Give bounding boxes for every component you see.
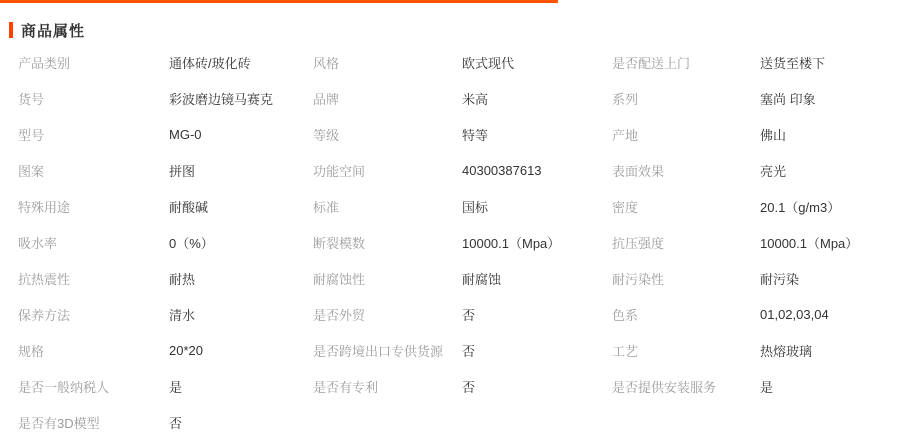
attr-label: 规格	[18, 341, 169, 360]
attr-value: 否	[169, 413, 313, 432]
attr-value: 耐酸碱	[169, 197, 313, 216]
section-header: 商品属性	[0, 0, 903, 39]
attr-value: 彩波磨边镜马赛克	[169, 89, 313, 108]
attr-label: 抗热震性	[18, 269, 169, 288]
attr-label: 是否跨境出口专供货源	[313, 341, 462, 360]
attr-value: 欧式现代	[462, 53, 612, 72]
attr-value: 是	[760, 377, 903, 396]
attr-value: 热熔玻璃	[760, 341, 903, 360]
attr-value: 清水	[169, 305, 313, 324]
attr-row: 吸水率0（%）断裂模数10000.1（Mpa）抗压强度10000.1（Mpa）	[18, 224, 903, 260]
attr-value: 10000.1（Mpa）	[462, 233, 612, 252]
attr-label: 保养方法	[18, 305, 169, 324]
attr-value: 亮光	[760, 161, 903, 180]
attributes-grid: 产品类别通体砖/玻化砖风格欧式现代是否配送上门送货至楼下货号彩波磨边镜马赛克品牌…	[0, 44, 903, 440]
attr-label: 品牌	[313, 89, 462, 108]
attr-value: 送货至楼下	[760, 53, 903, 72]
attr-label: 货号	[18, 89, 169, 108]
attr-label: 风格	[313, 53, 462, 72]
attr-label: 色系	[612, 305, 760, 324]
attr-value: 通体砖/玻化砖	[169, 53, 313, 72]
attr-label: 耐腐蚀性	[313, 269, 462, 288]
attr-label: 吸水率	[18, 233, 169, 252]
attr-label: 是否一般纳税人	[18, 377, 169, 396]
attr-label: 是否有3D模型	[18, 413, 169, 432]
attr-value: 塞尚 印象	[760, 89, 903, 108]
attr-value: 耐热	[169, 269, 313, 288]
attr-row: 图案拼图功能空间40300387613表面效果亮光	[18, 152, 903, 188]
top-accent-rule	[0, 0, 558, 3]
attr-value: 01,02,03,04	[760, 307, 903, 322]
attr-value: 20.1（g/m3）	[760, 197, 903, 216]
attr-row: 是否一般纳税人是是否有专利否是否提供安装服务是	[18, 368, 903, 404]
attr-label: 产品类别	[18, 53, 169, 72]
attr-label: 密度	[612, 197, 760, 216]
attr-label: 系列	[612, 89, 760, 108]
attr-label: 抗压强度	[612, 233, 760, 252]
attr-value: 20*20	[169, 343, 313, 358]
attr-label: 是否外贸	[313, 305, 462, 324]
attr-row: 是否有3D模型否	[18, 404, 903, 440]
attr-value: 否	[462, 377, 612, 396]
attr-label: 是否有专利	[313, 377, 462, 396]
attr-row: 产品类别通体砖/玻化砖风格欧式现代是否配送上门送货至楼下	[18, 44, 903, 80]
attr-value: 特等	[462, 125, 612, 144]
attr-label: 型号	[18, 125, 169, 144]
attr-label: 断裂模数	[313, 233, 462, 252]
attr-value: 否	[462, 305, 612, 324]
attr-value: 耐污染	[760, 269, 903, 288]
accent-bar	[9, 22, 13, 38]
product-attributes-panel: 商品属性 产品类别通体砖/玻化砖风格欧式现代是否配送上门送货至楼下货号彩波磨边镜…	[0, 0, 903, 440]
attr-row: 型号MG-0等级特等产地佛山	[18, 116, 903, 152]
attr-label: 产地	[612, 125, 760, 144]
attr-label: 功能空间	[313, 161, 462, 180]
attr-row: 货号彩波磨边镜马赛克品牌米高系列塞尚 印象	[18, 80, 903, 116]
attr-value: 否	[462, 341, 612, 360]
attr-value: 拼图	[169, 161, 313, 180]
section-title: 商品属性	[21, 20, 85, 41]
attr-label: 工艺	[612, 341, 760, 360]
attr-value: 米高	[462, 89, 612, 108]
attr-label: 是否提供安装服务	[612, 377, 760, 396]
attr-label: 图案	[18, 161, 169, 180]
attr-label: 表面效果	[612, 161, 760, 180]
attr-row: 特殊用途耐酸碱标准国标密度20.1（g/m3）	[18, 188, 903, 224]
attr-label: 标准	[313, 197, 462, 216]
attr-value: 耐腐蚀	[462, 269, 612, 288]
attr-value: 40300387613	[462, 163, 612, 178]
attr-value: MG-0	[169, 127, 313, 142]
attr-row: 抗热震性耐热耐腐蚀性耐腐蚀耐污染性耐污染	[18, 260, 903, 296]
attr-label: 耐污染性	[612, 269, 760, 288]
attr-label: 等级	[313, 125, 462, 144]
attr-row: 保养方法清水是否外贸否色系01,02,03,04	[18, 296, 903, 332]
attr-value: 国标	[462, 197, 612, 216]
attr-label: 特殊用途	[18, 197, 169, 216]
attr-value: 是	[169, 377, 313, 396]
attr-label: 是否配送上门	[612, 53, 760, 72]
attr-value: 佛山	[760, 125, 903, 144]
attr-row: 规格20*20是否跨境出口专供货源否工艺热熔玻璃	[18, 332, 903, 368]
attr-value: 0（%）	[169, 233, 313, 252]
attr-value: 10000.1（Mpa）	[760, 233, 903, 252]
